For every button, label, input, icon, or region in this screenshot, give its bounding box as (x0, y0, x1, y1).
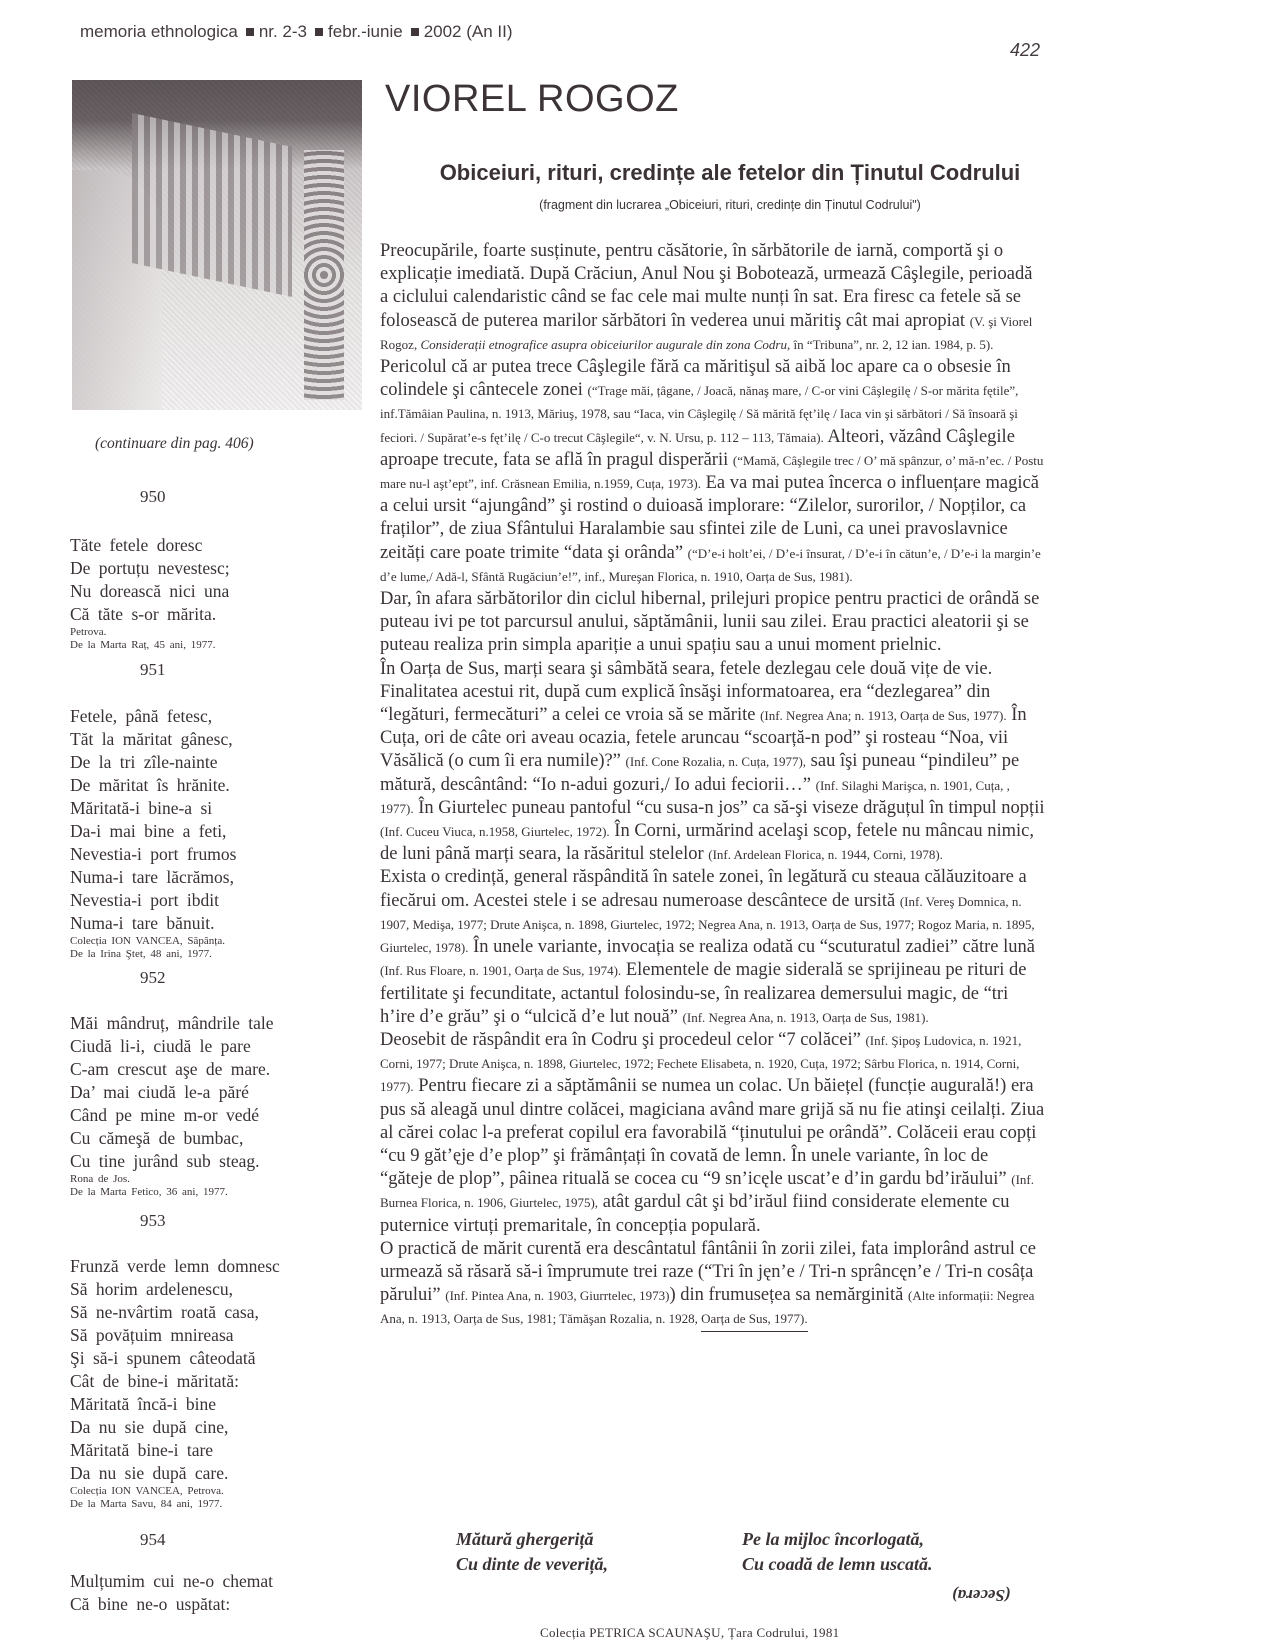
article-paragraph: Exista o credință, general răspândită în… (380, 866, 1045, 1028)
poem-number: 953 (140, 1211, 166, 1231)
poem-line: Să povățuim mnireasa (70, 1324, 280, 1347)
poem-source: Rona de Jos. (70, 1173, 273, 1186)
article-paragraph: O practică de mărit curentă era descânta… (380, 1238, 1045, 1332)
poem-source: De la Marta Raț, 45 ani, 1977. (70, 639, 230, 652)
poem-line: Ciudă li-i, ciudă le pare (70, 1035, 273, 1058)
poem-source: Colecția ION VANCEA, Petrova. (70, 1485, 280, 1498)
body-text: Preocupările, foarte susținute, pentru c… (380, 241, 1032, 331)
photo-embroidery-band (304, 150, 344, 400)
poem-source: De la Marta Savu, 84 ani, 1977. (70, 1498, 280, 1511)
poem-text: Măi mândruț, mândrile taleCiudă li-i, ci… (70, 1012, 273, 1199)
poem-line: Cu tine jurând sub steag. (70, 1150, 273, 1173)
poem-line: Da nu sie după cine, (70, 1416, 280, 1439)
riddle-line: Mătură ghergeriță (456, 1527, 608, 1552)
poem-line: Fetele, până fetesc, (70, 705, 236, 728)
article-paragraph: Deosebit de răspândit era în Codru şi pr… (380, 1029, 1045, 1238)
poem-line: C-am crescut aşe de mare. (70, 1058, 273, 1081)
body-text: În unele variante, invocația se realiza … (468, 937, 1035, 957)
article-body: Preocupările, foarte susținute, pentru c… (380, 240, 1045, 1332)
poem-line: Tăte fetele doresc (70, 534, 230, 557)
citation-text: (Inf. Cone Rozalia, n. Cuța, 1977), (626, 754, 807, 769)
poem-line: Şi să-i spunem câteodată (70, 1347, 280, 1370)
journal-period: febr.-iunie (328, 22, 403, 41)
poem-line: Nevestia-i port frumos (70, 843, 236, 866)
riddle-line: Pe la mijloc încorlogată, (742, 1527, 933, 1552)
body-text: În Giurtelec puneau pantoful “cu susa-n … (414, 798, 1045, 818)
riddle-answer: (Secera) (952, 1585, 1011, 1605)
article-title: Obiceiuri, rituri, credințe ale fetelor … (400, 160, 1060, 186)
poem-text: Mulțumim cui ne-o chematCă bine ne-o usp… (70, 1570, 273, 1616)
article-author: VIOREL ROGOZ (385, 78, 679, 121)
poem-line: Măritată-i bine-a si (70, 797, 236, 820)
poem-line: Da’ mai ciudă le-a păré (70, 1081, 273, 1104)
body-text: Deosebit de răspândit era în Codru şi pr… (380, 1030, 865, 1050)
poem-line: Cât de bine-i măritată: (70, 1370, 280, 1393)
riddle-line: Cu dinte de veveriță, (456, 1552, 608, 1577)
poem-line: Numa-i tare bănuit. (70, 912, 236, 935)
poem-source: De la Marta Fetico, 36 ani, 1977. (70, 1186, 273, 1199)
poem-line: Că bine ne-o uspătat: (70, 1593, 273, 1616)
poem-line: Tăt la măritat gânesc, (70, 728, 236, 751)
embroidered-blouse-photo (72, 80, 362, 410)
poem-line: Măritată încă-i bine (70, 1393, 280, 1416)
article-subtitle: (fragment din lucrarea „Obiceiuri, ritur… (400, 198, 1060, 212)
riddle-collection-credit: Colecția PETRICA SCAUNAŞU, Țara Codrului… (540, 1625, 839, 1641)
poem-line: Cu cămeşă de bumbac, (70, 1127, 273, 1150)
poem-text: Tăte fetele dorescDe portuțu nevestesc;N… (70, 534, 230, 652)
riddle-left-stanza: Mătură ghergerițăCu dinte de veveriță, (456, 1527, 608, 1577)
poem-line: Nu dorească nici una (70, 580, 230, 603)
bullet-square-icon (315, 28, 323, 36)
poem-line: De măritat îs hrănite. (70, 774, 236, 797)
citation-text: , în “Tribuna”, nr. 2, 12 ian. 1984, p. … (787, 337, 993, 352)
citation-text: (Inf. Negrea Ana, n. 1913, Oarța de Sus,… (683, 1010, 929, 1025)
poem-text: Frunză verde lemn domnescSă horim ardele… (70, 1255, 280, 1511)
poem-line: Frunză verde lemn domnesc (70, 1255, 280, 1278)
poem-number: 951 (140, 660, 166, 680)
poem-line: Să ne-nvârtim roată casa, (70, 1301, 280, 1324)
riddle-line: Cu coadă de lemn uscată. (742, 1552, 933, 1577)
poem-source: Petrova. (70, 626, 230, 639)
citation-text: (Inf. Pintea Ana, n. 1903, Giurrtelec, 1… (445, 1288, 669, 1303)
poem-number: 950 (140, 487, 166, 507)
citation-text: Considerații etnografice asupra obiceiur… (420, 337, 787, 352)
continuation-note: (continuare din pag. 406) (95, 435, 254, 453)
poem-number: 952 (140, 968, 166, 988)
poem-source: De la Irina Ştet, 48 ani, 1977. (70, 948, 236, 961)
journal-name: memoria ethnologica (80, 22, 238, 41)
citation-text: (Inf. Cuceu Viuca, n.1958, Giurtelec, 19… (380, 824, 610, 839)
poem-line: Măi mândruț, mândrile tale (70, 1012, 273, 1035)
page-number: 422 (1010, 40, 1040, 61)
bullet-square-icon (411, 28, 419, 36)
poem-line: Mulțumim cui ne-o chemat (70, 1570, 273, 1593)
article-paragraph: Dar, în afara sărbătorilor din ciclul hi… (380, 588, 1045, 658)
article-paragraph: În Oarța de Sus, marți seara şi sâmbătă … (380, 658, 1045, 867)
poem-line: Când pe mine m-or vedé (70, 1104, 273, 1127)
poem-line: De la tri zîle-nainte (70, 751, 236, 774)
poem-line: Nevestia-i port ibdit (70, 889, 236, 912)
poem-line: Numa-i tare lăcrămos, (70, 866, 236, 889)
poem-line: Că tăte s-or mărita. (70, 603, 230, 626)
poem-source: Colecția ION VANCEA, Săpânța. (70, 935, 236, 948)
journal-year: 2002 (An II) (424, 22, 513, 41)
body-text: Pentru fiecare zi a săptămânii se numea … (380, 1076, 1044, 1189)
citation-text: (Inf. Negrea Ana; n. 1913, Oarța de Sus,… (760, 708, 1007, 723)
poem-line: Da nu sie după care. (70, 1462, 280, 1485)
poem-number: 954 (140, 1530, 166, 1550)
riddle-right-stanza: Pe la mijloc încorlogată,Cu coadă de lem… (742, 1527, 933, 1577)
poem-line: De portuțu nevestesc; (70, 557, 230, 580)
citation-text: Oarța de Sus, 1977). (701, 1307, 808, 1331)
bullet-square-icon (246, 28, 254, 36)
body-text: ) din frumusețea sa nemărginită (669, 1285, 908, 1305)
poem-line: Da-i mai bine a feti, (70, 820, 236, 843)
poem-text: Fetele, până fetesc,Tăt la măritat gânes… (70, 705, 236, 961)
citation-text: (Inf. Ardelean Florica, n. 1944, Corni, … (708, 847, 943, 862)
poem-line: Să horim ardelenescu, (70, 1278, 280, 1301)
poem-line: Măritată bine-i tare (70, 1439, 280, 1462)
body-text: Dar, în afara sărbătorilor din ciclul hi… (380, 589, 1039, 655)
article-paragraph: Preocupările, foarte susținute, pentru c… (380, 240, 1045, 356)
journal-header: memoria ethnologicanr. 2-3febr.-iunie200… (80, 22, 513, 42)
article-paragraph: Pericolul că ar putea trece Câşlegile fă… (380, 356, 1045, 588)
citation-text: (Inf. Rus Floare, n. 1901, Oarța de Sus,… (380, 963, 621, 978)
journal-issue: nr. 2-3 (259, 22, 307, 41)
